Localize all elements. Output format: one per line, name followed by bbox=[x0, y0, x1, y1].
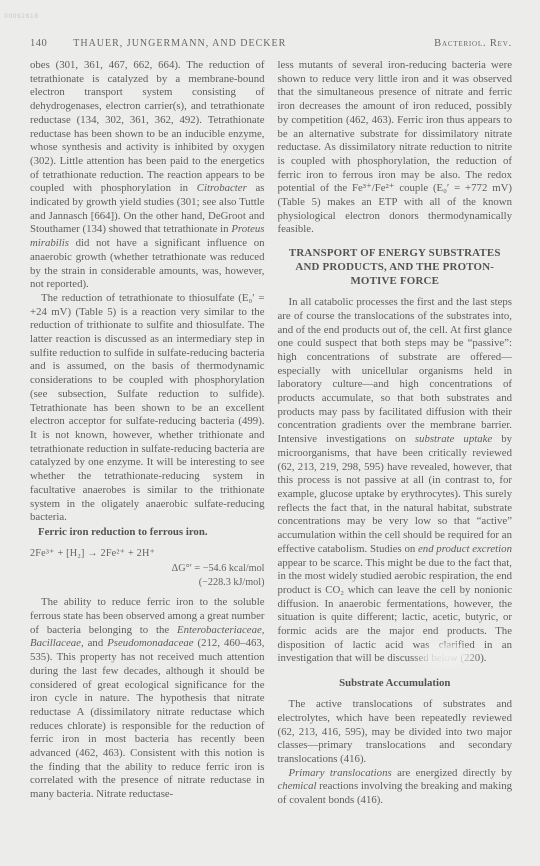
paragraph: obes (301, 361, 467, 662, 664). The redu… bbox=[30, 59, 265, 292]
paragraph: less mutants of several iron-reducing ba… bbox=[278, 59, 513, 237]
italic-text: Citrobacter bbox=[197, 182, 247, 194]
chemical-equation: 2Fe³⁺ + [H₂] → 2Fe²⁺ + 2H⁺ bbox=[30, 547, 265, 561]
section-heading-line: AND PRODUCTS, AND THE PROTON- bbox=[278, 260, 513, 274]
italic-text: end product excretion bbox=[418, 543, 512, 555]
italic-text: Primary translocations bbox=[289, 767, 392, 779]
right-column: less mutants of several iron-reducing ba… bbox=[278, 59, 513, 808]
paragraph: In all catabolic processes the first and… bbox=[278, 296, 513, 666]
body-text: are energized directly by bbox=[392, 767, 512, 779]
italic-text: substrate uptake bbox=[415, 433, 492, 445]
body-text: (212, 460–463, 535). This property has n… bbox=[30, 637, 265, 800]
journal-name: Bacteriol. Rev. bbox=[434, 38, 512, 49]
transport-section-heading: TRANSPORT OF ENERGY SUBSTRATES AND PRODU… bbox=[278, 246, 513, 288]
delta-g-kcal: ΔG°′ = −54.6 kcal/mol bbox=[30, 562, 265, 576]
page-header: 140 THAUER, JUNGERMANN, AND DECKER Bacte… bbox=[30, 38, 512, 49]
body-text: obes (301, 361, 467, 662, 664). The redu… bbox=[30, 59, 265, 194]
delta-g-block: ΔG°′ = −54.6 kcal/mol (−228.3 kJ/mol) bbox=[30, 562, 265, 589]
body-text: The active translocations of substrates … bbox=[278, 698, 513, 765]
section-heading-line: MOTIVE FORCE bbox=[278, 274, 513, 288]
journal-page: 00092818 140 THAUER, JUNGERMANN, AND DEC… bbox=[0, 0, 540, 866]
body-text: The reduction of tetrathionate to thiosu… bbox=[30, 292, 265, 523]
page-number: 140 bbox=[30, 38, 47, 49]
running-authors: THAUER, JUNGERMANN, AND DECKER bbox=[73, 38, 434, 49]
body-text: less mutants of several iron-reducing ba… bbox=[278, 59, 513, 235]
left-column: obes (301, 361, 467, 662, 664). The redu… bbox=[30, 59, 265, 808]
paragraph: The reduction of tetrathionate to thiosu… bbox=[30, 292, 265, 525]
paragraph: The active translocations of substrates … bbox=[278, 698, 513, 767]
body-text: In all catabolic processes the first and… bbox=[278, 296, 513, 445]
ferric-iron-heading: Ferric iron reduction to ferrous iron. bbox=[30, 526, 265, 540]
body-text: and bbox=[84, 637, 108, 649]
paragraph: The ability to reduce ferric iron to the… bbox=[30, 596, 265, 802]
paragraph: Primary translocations are energized dir… bbox=[278, 767, 513, 808]
section-heading-line: TRANSPORT OF ENERGY SUBSTRATES bbox=[278, 246, 513, 260]
substrate-accumulation-heading: Substrate Accumulation bbox=[278, 676, 513, 690]
italic-text: chemical bbox=[278, 780, 317, 792]
italic-text: Pseudomonadaceae bbox=[107, 637, 193, 649]
body-text: appear to be scarce. This might be due t… bbox=[278, 557, 513, 665]
two-column-body: obes (301, 361, 467, 662, 664). The redu… bbox=[30, 59, 512, 808]
scan-watermark: 00092818 bbox=[4, 13, 39, 20]
body-text: by microorganisms, that have been critic… bbox=[278, 433, 513, 555]
delta-g-kj: (−228.3 kJ/mol) bbox=[30, 576, 265, 590]
